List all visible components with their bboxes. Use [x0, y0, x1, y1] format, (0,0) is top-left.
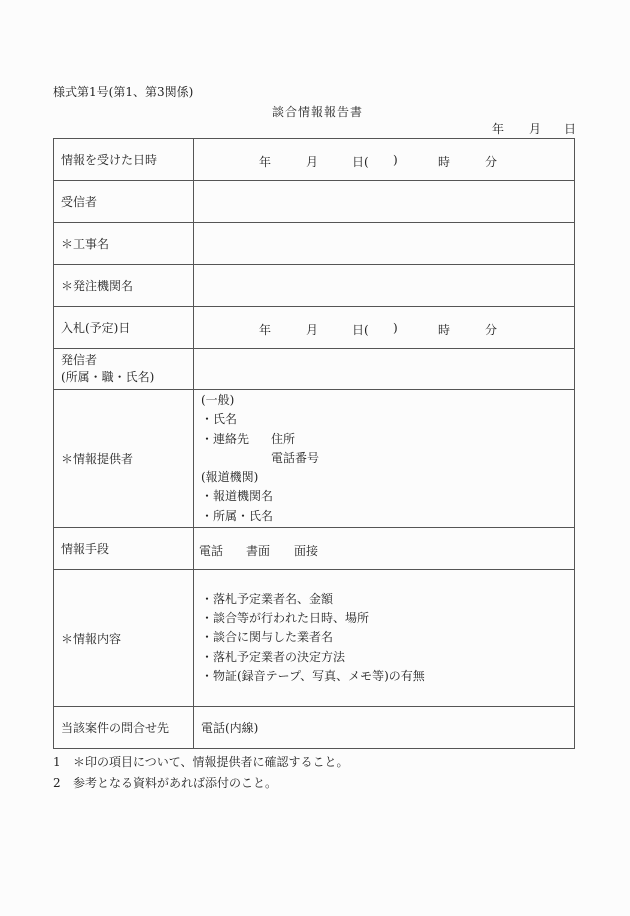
- dt-weekday-close: ): [393, 153, 398, 167]
- informant-general-heading: (一般): [201, 391, 574, 410]
- note-text: ＊印の項目について、情報提供者に確認すること。: [73, 755, 349, 769]
- dt-year: 年: [259, 321, 271, 338]
- content-item: ・物証(録音テープ、写真、メモ等)の有無: [201, 667, 574, 686]
- content-item: ・談合に関与した業者名: [201, 628, 574, 647]
- note-item: 1＊印の項目について、情報提供者に確認すること。: [53, 752, 349, 773]
- informant-affiliation-name: ・所属・氏名: [201, 507, 574, 526]
- label-info-means: 情報手段: [54, 528, 194, 570]
- report-date-day: 日: [564, 122, 576, 136]
- informant-phone: 電話番号: [271, 449, 319, 468]
- label-sender: 発信者 (所属・職・氏名): [54, 349, 194, 390]
- informant-press-name: ・報道機関名: [201, 487, 574, 506]
- table-row-informant: ＊情報提供者 (一般) ・氏名 ・連絡先 住所 電話番号 (報道機関) ・報道機…: [54, 390, 575, 528]
- report-date-month: 月: [529, 122, 541, 136]
- content-item: ・談合等が行われた日時、場所: [201, 609, 574, 628]
- content-item: ・落札予定業者名、金額: [201, 590, 574, 609]
- label-project-name: ＊工事名: [54, 223, 194, 265]
- dt-hour: 時: [438, 321, 450, 338]
- informant-phone-row: 電話番号: [201, 449, 574, 468]
- notes: 1＊印の項目について、情報提供者に確認すること。 2参考となる資料があれば添付の…: [53, 752, 349, 794]
- document-title: 談合情報報告書: [272, 105, 363, 119]
- field-received-datetime[interactable]: 年 月 日( ) 時 分: [194, 139, 575, 181]
- dt-weekday-close: ): [393, 321, 398, 335]
- field-sender[interactable]: [194, 349, 575, 390]
- label-info-content: ＊情報内容: [54, 570, 194, 707]
- informant-press-heading: (報道機関): [201, 468, 574, 487]
- label-sender-line2: (所属・職・氏名): [61, 369, 193, 386]
- label-informant: ＊情報提供者: [54, 390, 194, 528]
- table-row-received-datetime: 情報を受けた日時 年 月 日( ) 時 分: [54, 139, 575, 181]
- report-date-year: 年: [492, 122, 504, 136]
- label-inquiry-contact: 当該案件の問合せ先: [54, 707, 194, 749]
- dt-minute: 分: [485, 321, 497, 338]
- table-row-bid-date: 入札(予定)日 年 月 日( ) 時 分: [54, 307, 575, 349]
- dt-minute: 分: [485, 153, 497, 170]
- report-table: 情報を受けた日時 年 月 日( ) 時 分 受信者 ＊工事名 ＊発注機関名 入札…: [53, 138, 575, 749]
- informant-contact: ・連絡先 住所: [201, 430, 574, 449]
- field-info-means: 電話 書面 面接: [194, 528, 575, 570]
- dt-hour: 時: [438, 153, 450, 170]
- label-received-datetime: 情報を受けた日時: [54, 139, 194, 181]
- form-id: 様式第1号(第1、第3関係): [53, 85, 193, 99]
- option-document[interactable]: 書面: [246, 542, 270, 559]
- field-bid-date[interactable]: 年 月 日( ) 時 分: [194, 307, 575, 349]
- informant-name: ・氏名: [201, 410, 574, 429]
- label-ordering-agency: ＊発注機関名: [54, 265, 194, 307]
- option-phone[interactable]: 電話: [199, 542, 223, 559]
- table-row-project-name: ＊工事名: [54, 223, 575, 265]
- dt-month: 月: [306, 321, 318, 338]
- note-number: 1: [53, 752, 73, 772]
- label-sender-line1: 発信者: [61, 352, 193, 369]
- label-bid-date: 入札(予定)日: [54, 307, 194, 349]
- dt-year: 年: [259, 153, 271, 170]
- content-item: ・落札予定業者の決定方法: [201, 648, 574, 667]
- field-ordering-agency[interactable]: [194, 265, 575, 307]
- informant-contact-label: ・連絡先: [201, 432, 249, 446]
- dt-day: 日(: [352, 153, 369, 170]
- option-interview[interactable]: 面接: [294, 542, 318, 559]
- field-informant[interactable]: (一般) ・氏名 ・連絡先 住所 電話番号 (報道機関) ・報道機関名 ・所属・…: [194, 390, 575, 528]
- field-receiver[interactable]: [194, 181, 575, 223]
- note-number: 2: [53, 773, 73, 793]
- field-info-content[interactable]: ・落札予定業者名、金額 ・談合等が行われた日時、場所 ・談合に関与した業者名 ・…: [194, 570, 575, 707]
- field-inquiry-contact[interactable]: 電話(内線): [194, 707, 575, 749]
- informant-address: 住所: [271, 430, 295, 449]
- note-item: 2参考となる資料があれば添付のこと。: [53, 773, 349, 794]
- table-row-receiver: 受信者: [54, 181, 575, 223]
- note-text: 参考となる資料があれば添付のこと。: [73, 776, 277, 790]
- dt-day: 日(: [352, 321, 369, 338]
- table-row-info-means: 情報手段 電話 書面 面接: [54, 528, 575, 570]
- table-row-info-content: ＊情報内容 ・落札予定業者名、金額 ・談合等が行われた日時、場所 ・談合に関与し…: [54, 570, 575, 707]
- table-row-ordering-agency: ＊発注機関名: [54, 265, 575, 307]
- field-project-name[interactable]: [194, 223, 575, 265]
- dt-month: 月: [306, 153, 318, 170]
- table-row-inquiry-contact: 当該案件の問合せ先 電話(内線): [54, 707, 575, 749]
- label-receiver: 受信者: [54, 181, 194, 223]
- table-row-sender: 発信者 (所属・職・氏名): [54, 349, 575, 390]
